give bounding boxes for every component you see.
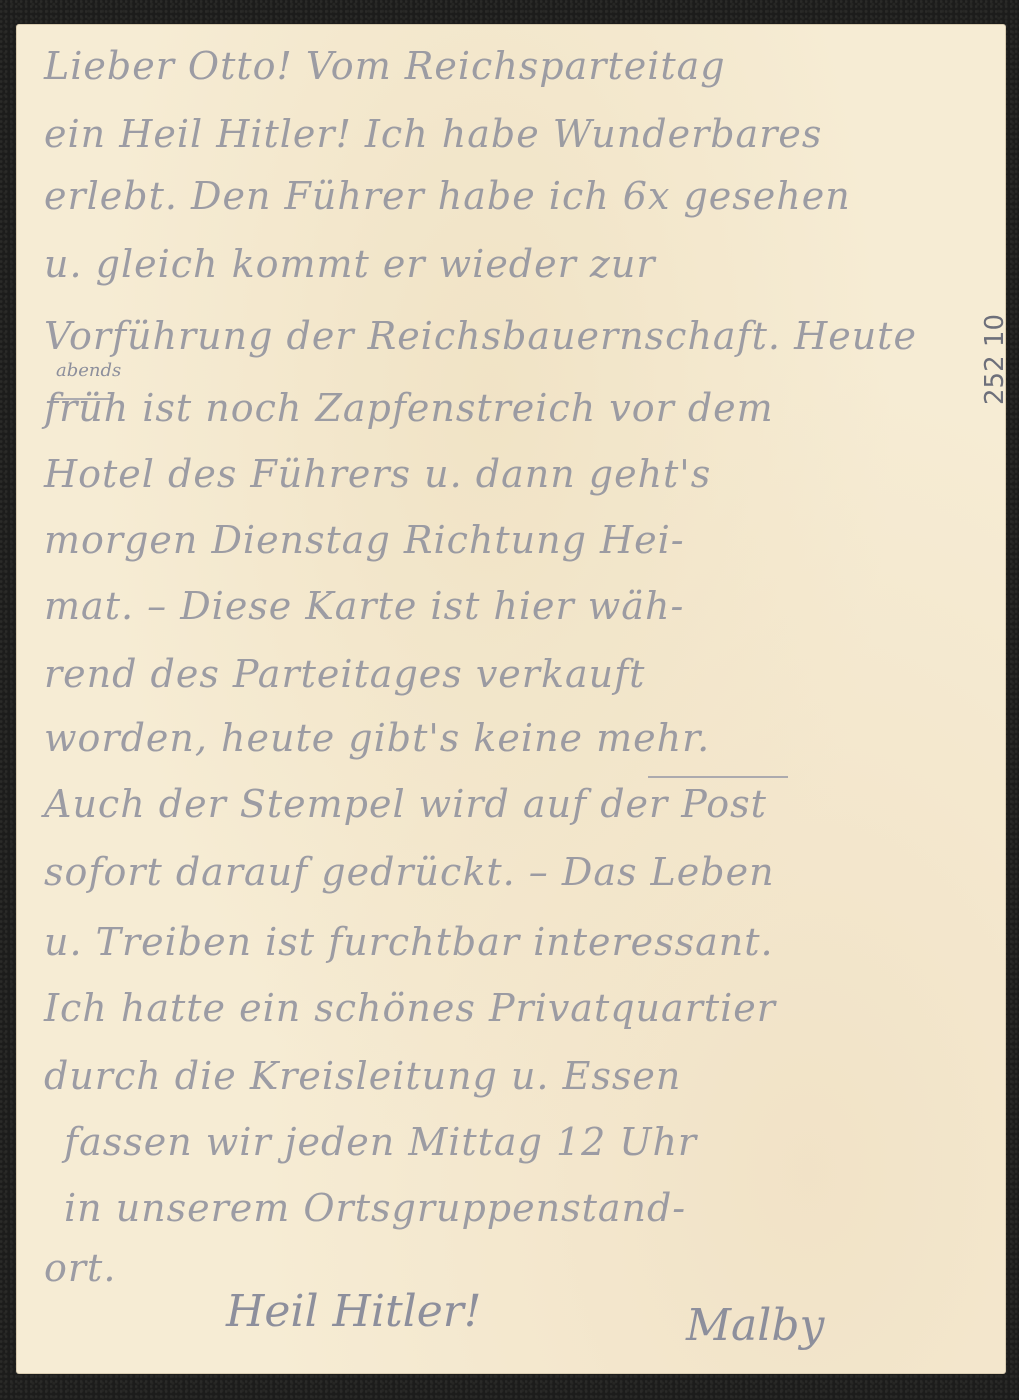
- handwritten-line: fassen wir jeden Mittag 12 Uhr: [64, 1120, 697, 1164]
- handwritten-line: Auch der Stempel wird auf der Post: [44, 782, 767, 826]
- handwritten-line: Vorführung der Reichsbauernschaft. Heute: [44, 314, 917, 358]
- signature: Malby: [686, 1300, 824, 1351]
- handwritten-line: ort.: [44, 1246, 116, 1290]
- handwritten-line: worden, heute gibt's keine mehr.: [44, 716, 710, 760]
- handwritten-line: Ich hatte ein schönes Privatquartier: [44, 986, 776, 1030]
- handwritten-line: u. Treiben ist furchtbar interessant.: [44, 920, 774, 964]
- closing-greeting: Heil Hitler!: [226, 1286, 482, 1337]
- postcard: Lieber Otto! Vom Reichsparteitag ein Hei…: [16, 24, 1006, 1374]
- archive-number: 252 10: [980, 314, 1010, 405]
- scan-background: Lieber Otto! Vom Reichsparteitag ein Hei…: [0, 0, 1019, 1400]
- handwritten-line: früh ist noch Zapfenstreich vor dem: [44, 386, 774, 430]
- archive-number-sub: 10: [980, 314, 1010, 347]
- handwritten-line: mat. – Diese Karte ist hier wäh-: [44, 584, 684, 628]
- handwritten-line: Hotel des Führers u. dann geht's: [44, 452, 711, 496]
- handwritten-line: u. gleich kommt er wieder zur: [44, 242, 656, 286]
- handwritten-line: Lieber Otto! Vom Reichsparteitag: [44, 44, 726, 88]
- archive-number-main: 252: [980, 355, 1010, 405]
- handwritten-line: in unserem Ortsgruppenstand-: [64, 1186, 686, 1230]
- inserted-word: abends: [56, 360, 121, 381]
- handwritten-line: erlebt. Den Führer habe ich 6x gesehen: [44, 174, 851, 218]
- handwritten-line: durch die Kreisleitung u. Essen: [44, 1054, 681, 1098]
- underline: [648, 776, 788, 778]
- handwritten-line: rend des Parteitages verkauft: [44, 652, 645, 696]
- handwritten-line: ein Heil Hitler! Ich habe Wunderbares: [44, 112, 822, 156]
- handwritten-line: sofort darauf gedrückt. – Das Leben: [44, 850, 775, 894]
- handwritten-line: morgen Dienstag Richtung Hei-: [44, 518, 685, 562]
